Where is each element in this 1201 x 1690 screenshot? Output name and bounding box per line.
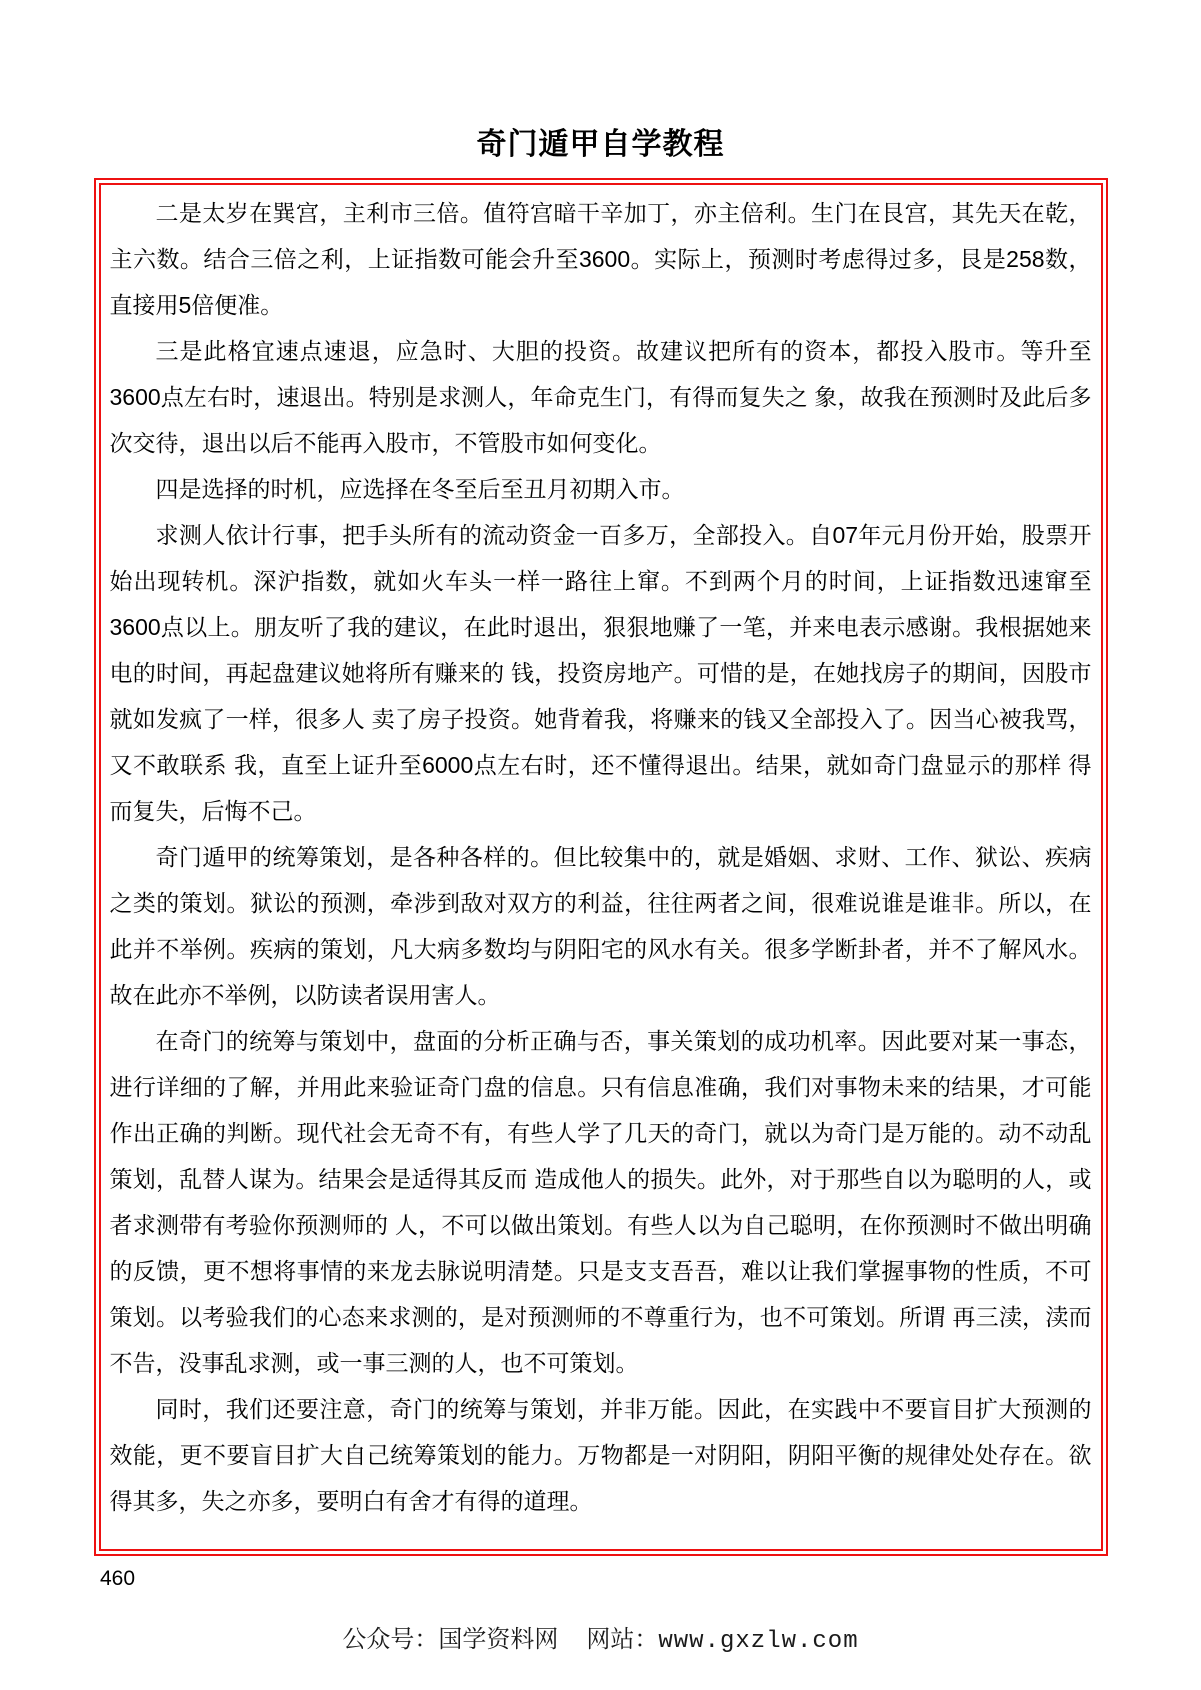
footer-site-url: www.gxzlw.com [658, 1628, 858, 1655]
footer-wechat-label: 公众号：国学资料网 [342, 1627, 558, 1653]
paragraph-7: 同时，我们还要注意，奇门的统筹与策划，并非万能。因此，在实践中不要盲目扩大预测的… [110, 1386, 1092, 1524]
page-number: 460 [100, 1567, 1201, 1591]
paragraph-1: 二是太岁在巽宫，主利市三倍。值符宫暗干辛加丁，亦主倍利。生门在艮宫，其先天在乾，… [110, 190, 1092, 328]
paragraph-3: 四是选择的时机，应选择在冬至后至丑月初期入市。 [110, 466, 1092, 512]
page-title: 奇门遁甲自学教程 [0, 0, 1201, 164]
paragraph-5: 奇门遁甲的统筹策划，是各种各样的。但比较集中的，就是婚姻、求财、工作、狱讼、疾病… [110, 834, 1092, 1018]
document-page: { "page": { "title": "奇门遁甲自学教程", "page_n… [0, 0, 1201, 1690]
footer-site-label: 网站： [586, 1627, 658, 1653]
footer: 公众号：国学资料网网站：www.gxzlw.com [0, 1624, 1201, 1658]
paragraph-6: 在奇门的统筹与策划中，盘面的分析正确与否，事关策划的成功机率。因此要对某一事态，… [110, 1018, 1092, 1386]
red-bordered-text-box: 二是太岁在巽宫，主利市三倍。值符宫暗干辛加丁，亦主倍利。生门在艮宫，其先天在乾，… [94, 178, 1108, 1556]
paragraph-4: 求测人依计行事，把手头所有的流动资金一百多万，全部投入。自07年元月份开始，股票… [110, 512, 1092, 834]
paragraph-2: 三是此格宜速点速退，应急时、大胆的投资。故建议把所有的资本，都投入股市。等升至3… [110, 328, 1092, 466]
